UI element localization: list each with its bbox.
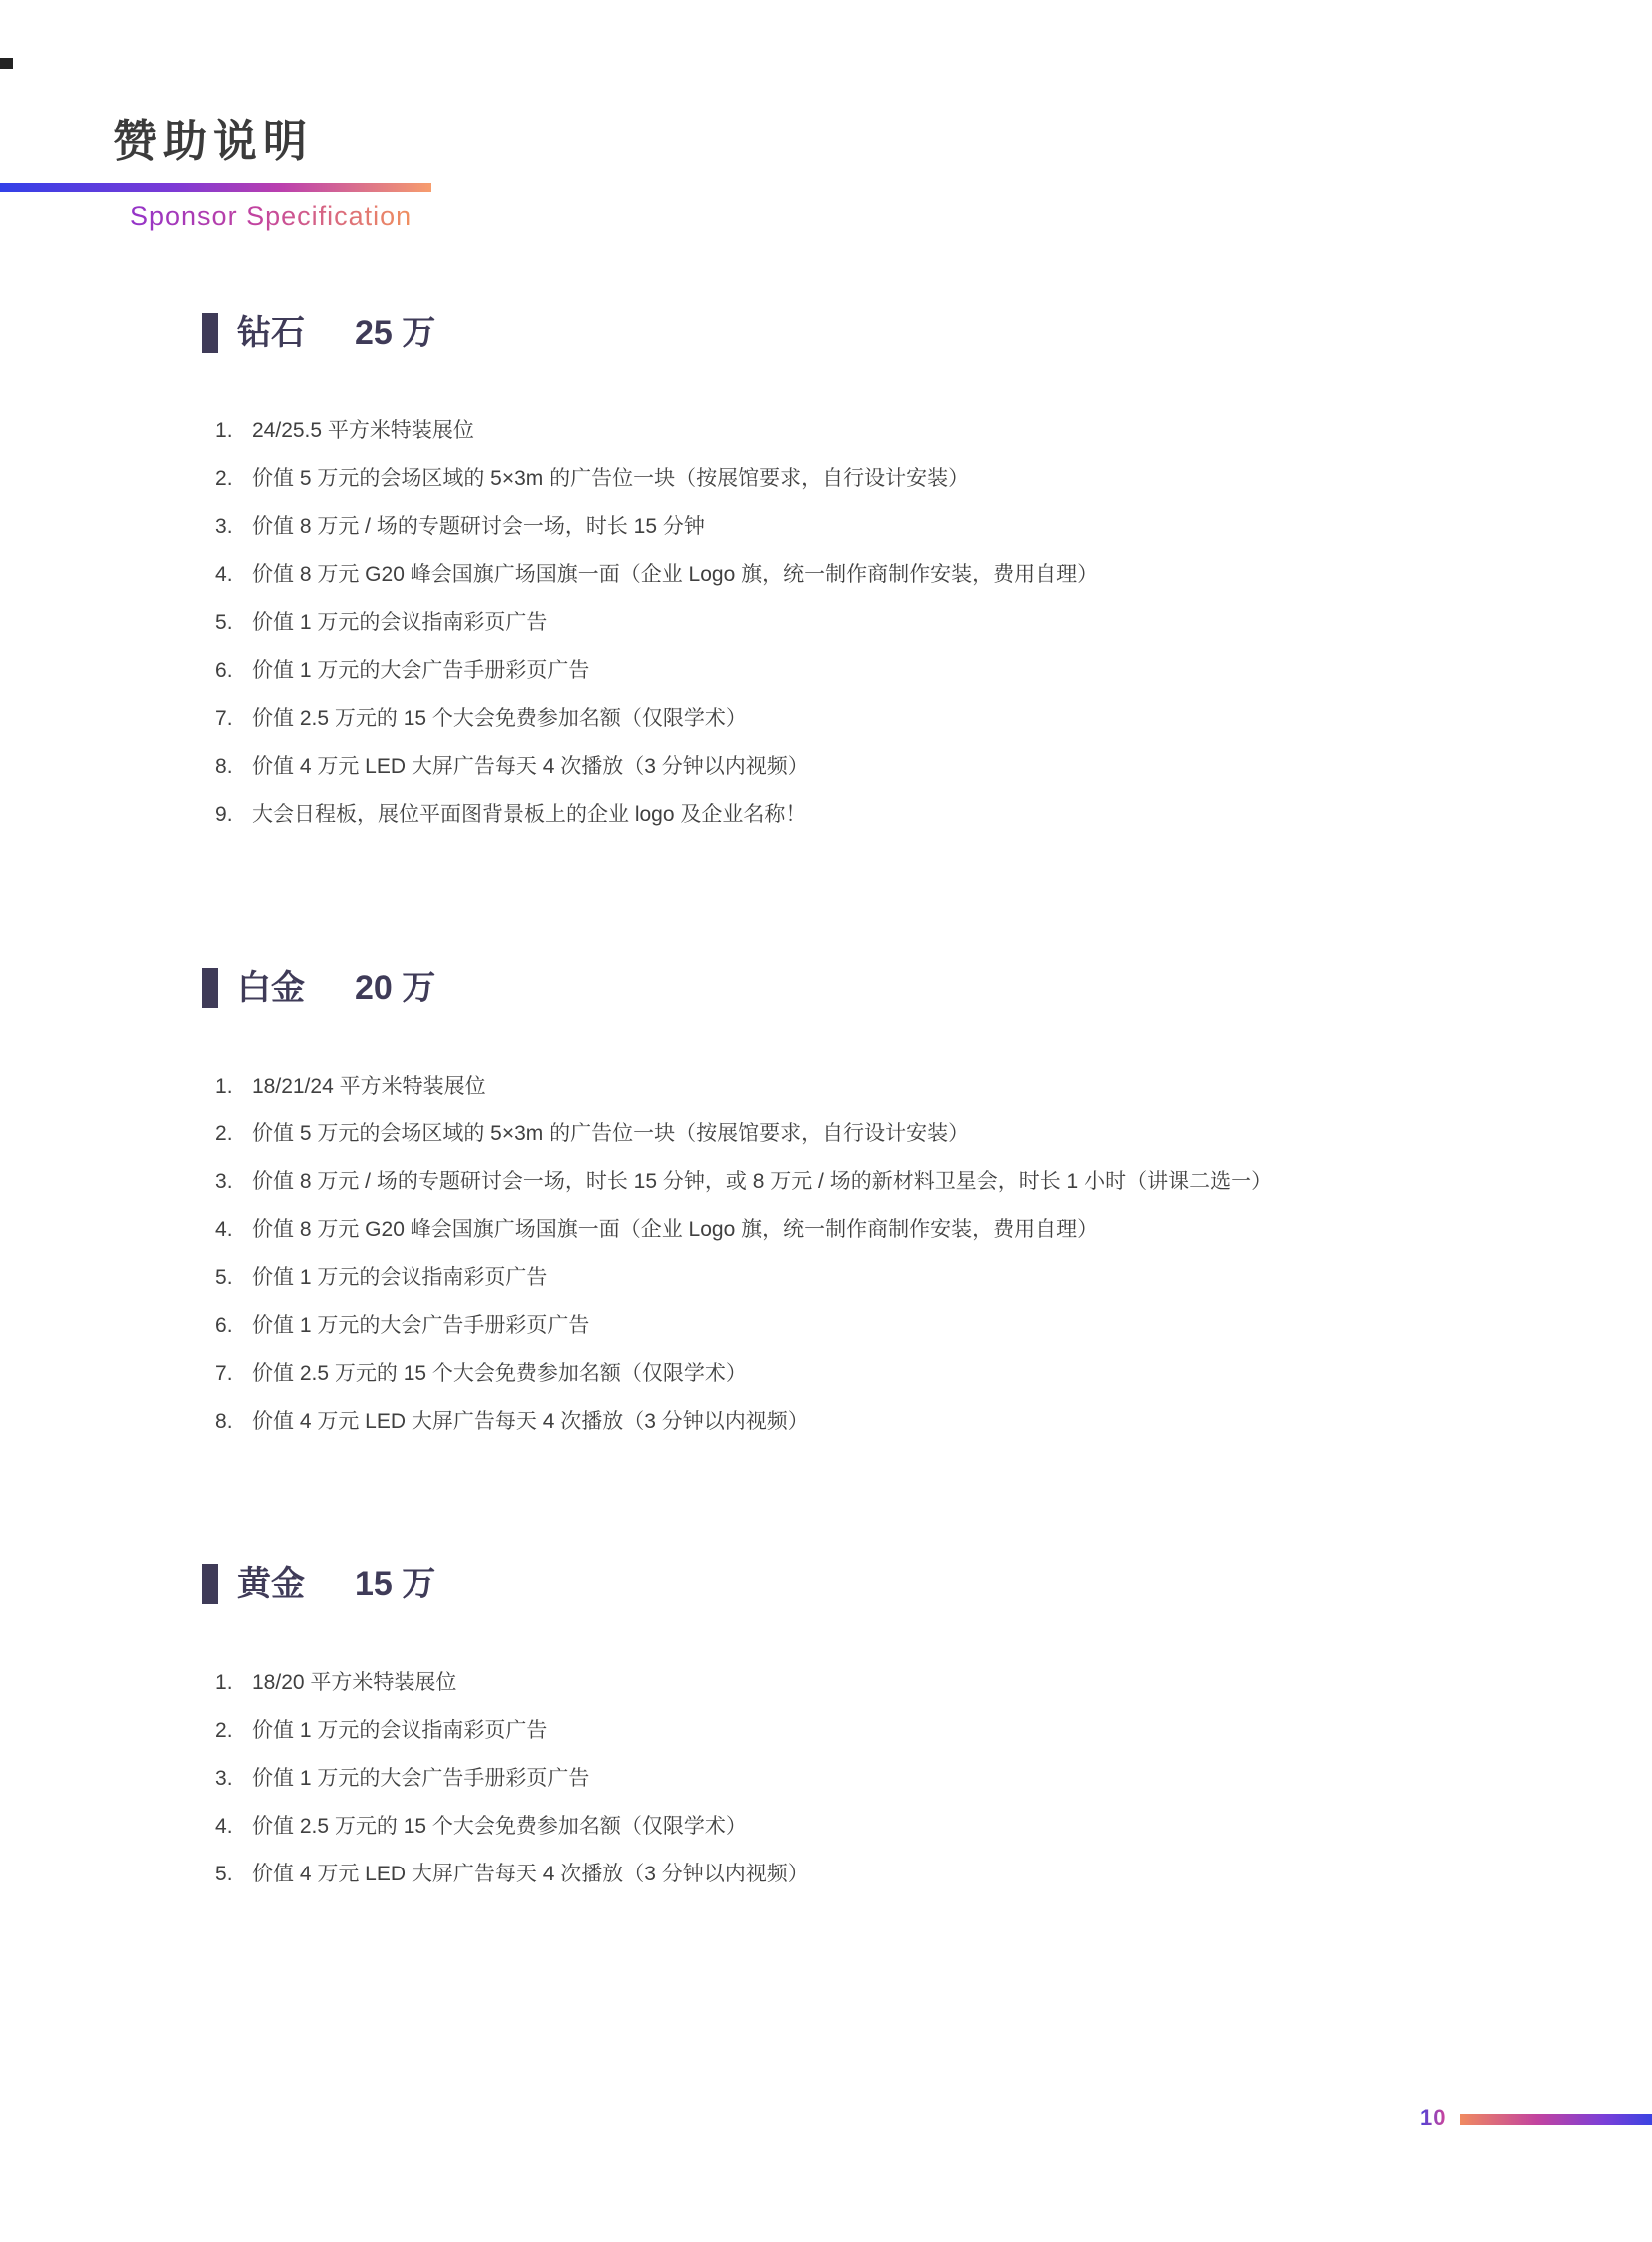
benefit-item: 价值 8 万元 / 场的专题研讨会一场，时长 15 分钟 xyxy=(215,513,1560,540)
tier-name: 钻石 xyxy=(237,314,305,352)
tier-marker-bar xyxy=(202,313,218,353)
tier-title: 钻石25 万 xyxy=(237,310,435,356)
benefit-item: 价值 1 万元的大会广告手册彩页广告 xyxy=(215,657,1560,684)
benefit-item: 大会日程板，展位平面图背景板上的企业 logo 及企业名称！ xyxy=(215,801,1560,828)
page-number: 10 xyxy=(1420,2105,1446,2131)
benefit-item: 价值 1 万元的大会广告手册彩页广告 xyxy=(215,1312,1560,1339)
sponsor-specification-page: 赞助说明 Sponsor Specification 钻石25 万 24/25.… xyxy=(0,0,1652,2242)
tier-sections-container: 钻石25 万 24/25.5 平方米特装展位价值 5 万元的会场区域的 5×3m… xyxy=(0,0,1652,2242)
tier-price: 15 万 xyxy=(355,1565,435,1603)
tier-section: 白金20 万 18/21/24 平方米特装展位价值 5 万元的会场区域的 5×3… xyxy=(202,965,1560,1456)
tier-title: 黄金15 万 xyxy=(237,1561,435,1607)
benefit-item: 价值 1 万元的会议指南彩页广告 xyxy=(215,1264,1560,1291)
benefit-item: 价值 1 万元的大会广告手册彩页广告 xyxy=(215,1765,1560,1792)
benefit-item: 价值 8 万元 / 场的专题研讨会一场，时长 15 分钟，或 8 万元 / 场的… xyxy=(215,1168,1560,1195)
benefit-item: 价值 4 万元 LED 大屏广告每天 4 次播放（3 分钟以内视频） xyxy=(215,1408,1560,1435)
tier-header: 黄金15 万 xyxy=(202,1561,1560,1607)
benefit-item: 18/20 平方米特装展位 xyxy=(215,1669,1560,1696)
tier-price: 25 万 xyxy=(355,314,435,352)
benefit-item: 价值 4 万元 LED 大屏广告每天 4 次播放（3 分钟以内视频） xyxy=(215,1861,1560,1887)
tier-marker-bar xyxy=(202,968,218,1008)
benefit-item: 价值 8 万元 G20 峰会国旗广场国旗一面（企业 Logo 旗，统一制作商制作… xyxy=(215,1216,1560,1243)
tier-section: 钻石25 万 24/25.5 平方米特装展位价值 5 万元的会场区域的 5×3m… xyxy=(202,310,1560,849)
benefit-item: 价值 8 万元 G20 峰会国旗广场国旗一面（企业 Logo 旗，统一制作商制作… xyxy=(215,561,1560,588)
benefit-list: 18/20 平方米特装展位价值 1 万元的会议指南彩页广告价值 1 万元的大会广… xyxy=(215,1669,1560,1887)
tier-price: 20 万 xyxy=(355,969,435,1007)
tier-header: 白金20 万 xyxy=(202,965,1560,1011)
benefit-item: 价值 2.5 万元的 15 个大会免费参加名额（仅限学术） xyxy=(215,1813,1560,1840)
benefit-item: 价值 5 万元的会场区域的 5×3m 的广告位一块（按展馆要求，自行设计安装） xyxy=(215,465,1560,492)
benefit-item: 价值 5 万元的会场区域的 5×3m 的广告位一块（按展馆要求，自行设计安装） xyxy=(215,1121,1560,1147)
benefit-item: 价值 1 万元的会议指南彩页广告 xyxy=(215,609,1560,636)
benefit-list: 24/25.5 平方米特装展位价值 5 万元的会场区域的 5×3m 的广告位一块… xyxy=(215,417,1560,828)
tier-title: 白金20 万 xyxy=(237,965,435,1011)
benefit-item: 24/25.5 平方米特装展位 xyxy=(215,417,1560,444)
benefit-item: 价值 1 万元的会议指南彩页广告 xyxy=(215,1717,1560,1744)
footer-gradient-bar xyxy=(1460,2114,1652,2125)
tier-section: 黄金15 万 18/20 平方米特装展位价值 1 万元的会议指南彩页广告价值 1… xyxy=(202,1561,1560,1908)
tier-name: 黄金 xyxy=(237,1565,305,1603)
tier-marker-bar xyxy=(202,1564,218,1604)
tier-header: 钻石25 万 xyxy=(202,310,1560,356)
benefit-item: 价值 4 万元 LED 大屏广告每天 4 次播放（3 分钟以内视频） xyxy=(215,753,1560,780)
benefit-item: 价值 2.5 万元的 15 个大会免费参加名额（仅限学术） xyxy=(215,1360,1560,1387)
benefit-item: 18/21/24 平方米特装展位 xyxy=(215,1073,1560,1100)
benefit-item: 价值 2.5 万元的 15 个大会免费参加名额（仅限学术） xyxy=(215,705,1560,732)
benefit-list: 18/21/24 平方米特装展位价值 5 万元的会场区域的 5×3m 的广告位一… xyxy=(215,1073,1560,1435)
tier-name: 白金 xyxy=(237,969,305,1007)
